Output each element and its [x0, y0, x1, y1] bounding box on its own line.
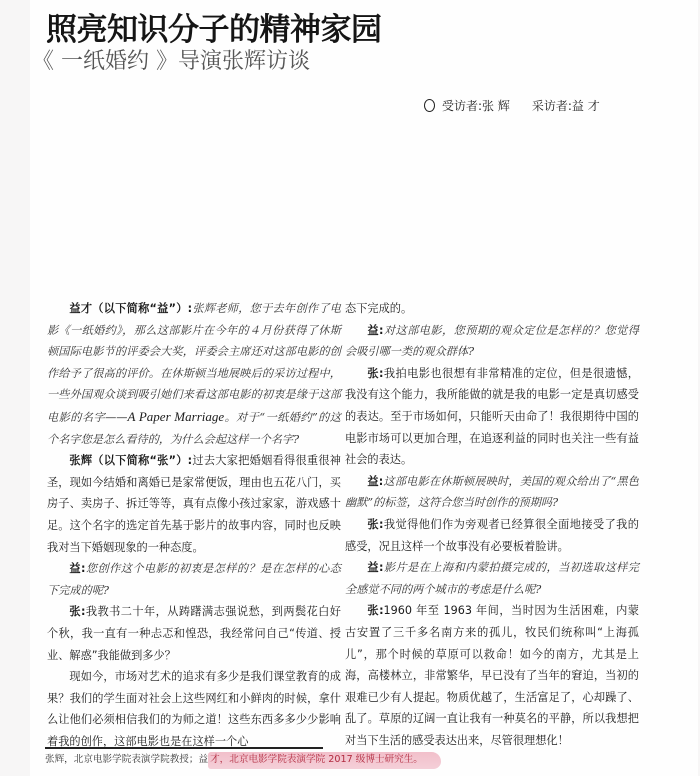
- continued-paragraph: 态下完成的。: [345, 298, 639, 320]
- speaker-label: 益才（以下简称“益”）:: [69, 302, 192, 315]
- answer-paragraph: 张辉（以下简称“张”）:过去大家把婚姻看得很重很神圣，现如今结婚和离婚已是家常便…: [47, 450, 341, 558]
- question-paragraph: 益:这部电影在休斯顿展映时，美国的观众给出了“黑色幽默”的标签，这符合您当时创作…: [345, 471, 639, 514]
- highlighted-footnote-text: 才，北京电影学院表演学院 2017 级博士研究生。: [208, 752, 441, 769]
- right-column: 态下完成的。 益:对这部电影，您预期的观众定位是怎样的？您觉得会吸引哪一类的观众…: [345, 298, 639, 751]
- article-title: 照亮知识分子的精神家园: [46, 4, 382, 49]
- speaker-label: 张:: [367, 518, 383, 531]
- english-title: A Paper Marriage: [127, 409, 224, 424]
- speaker-label: 益:: [367, 561, 383, 574]
- byline: 受访者:张 辉 采访者:益 才: [424, 97, 600, 114]
- speaker-label: 张:: [69, 605, 85, 618]
- speaker-label: 益:: [69, 562, 85, 575]
- speaker-label: 益:: [367, 324, 383, 337]
- answer-paragraph: 张:我教书二十年，从踌躇满志强说愁，到两鬓花白好个秋，我一直有一种忐忑和惶恐，我…: [47, 601, 341, 666]
- speaker-label: 益:: [367, 475, 383, 488]
- answer-paragraph: 张:1960 年至 1963 年间，当时因为生活困难，内蒙古安置了三千多名南方来…: [345, 600, 639, 751]
- answer-paragraph: 现如今，市场对艺术的追求有多少是我们课堂教育的成果？我们的学生面对社会上这些网红…: [47, 666, 341, 752]
- speaker-label: 张:: [367, 604, 383, 617]
- answer-paragraph: 张:我觉得他们作为旁观者已经算很全面地接受了我的感受，况且这样一个故事没有必要板…: [345, 514, 639, 557]
- circle-bullet-icon: [424, 99, 435, 112]
- interviewer-label: 采访者:益 才: [532, 97, 600, 114]
- interviewee-label: 受访者:张 辉: [442, 97, 510, 114]
- left-column: 益才（以下简称“益”）:张辉老师，您于去年创作了电影《一纸婚约》，那么这部影片在…: [47, 298, 341, 752]
- footnote: 张辉，北京电影学院表演学院教授；益才，北京电影学院表演学院 2017 级博士研究…: [45, 751, 441, 765]
- speaker-label: 张:: [367, 367, 383, 380]
- article-subtitle: 《 一纸婚约 》导演张辉访谈: [32, 44, 310, 75]
- question-paragraph: 益:对这部电影，您预期的观众定位是怎样的？您觉得会吸引哪一类的观众群体?: [345, 320, 639, 363]
- footnote-divider: [45, 747, 323, 749]
- question-paragraph: 益:影片是在上海和内蒙拍摄完成的，当初选取这样完全感觉不同的两个城市的考虑是什么…: [345, 557, 639, 600]
- question-paragraph: 益才（以下简称“益”）:张辉老师，您于去年创作了电影《一纸婚约》，那么这部影片在…: [47, 298, 341, 450]
- question-paragraph: 益:您创作这个电影的初衷是怎样的？是在怎样的心态下完成的呢?: [47, 558, 341, 601]
- footnote-text: 张辉，北京电影学院表演学院教授；益: [45, 754, 208, 765]
- speaker-label: 张辉（以下简称“张”）:: [69, 454, 192, 467]
- answer-paragraph: 张:我拍电影也很想有非常精准的定位，但是很遗憾，我没有这个能力，我所能做的就是我…: [345, 363, 639, 471]
